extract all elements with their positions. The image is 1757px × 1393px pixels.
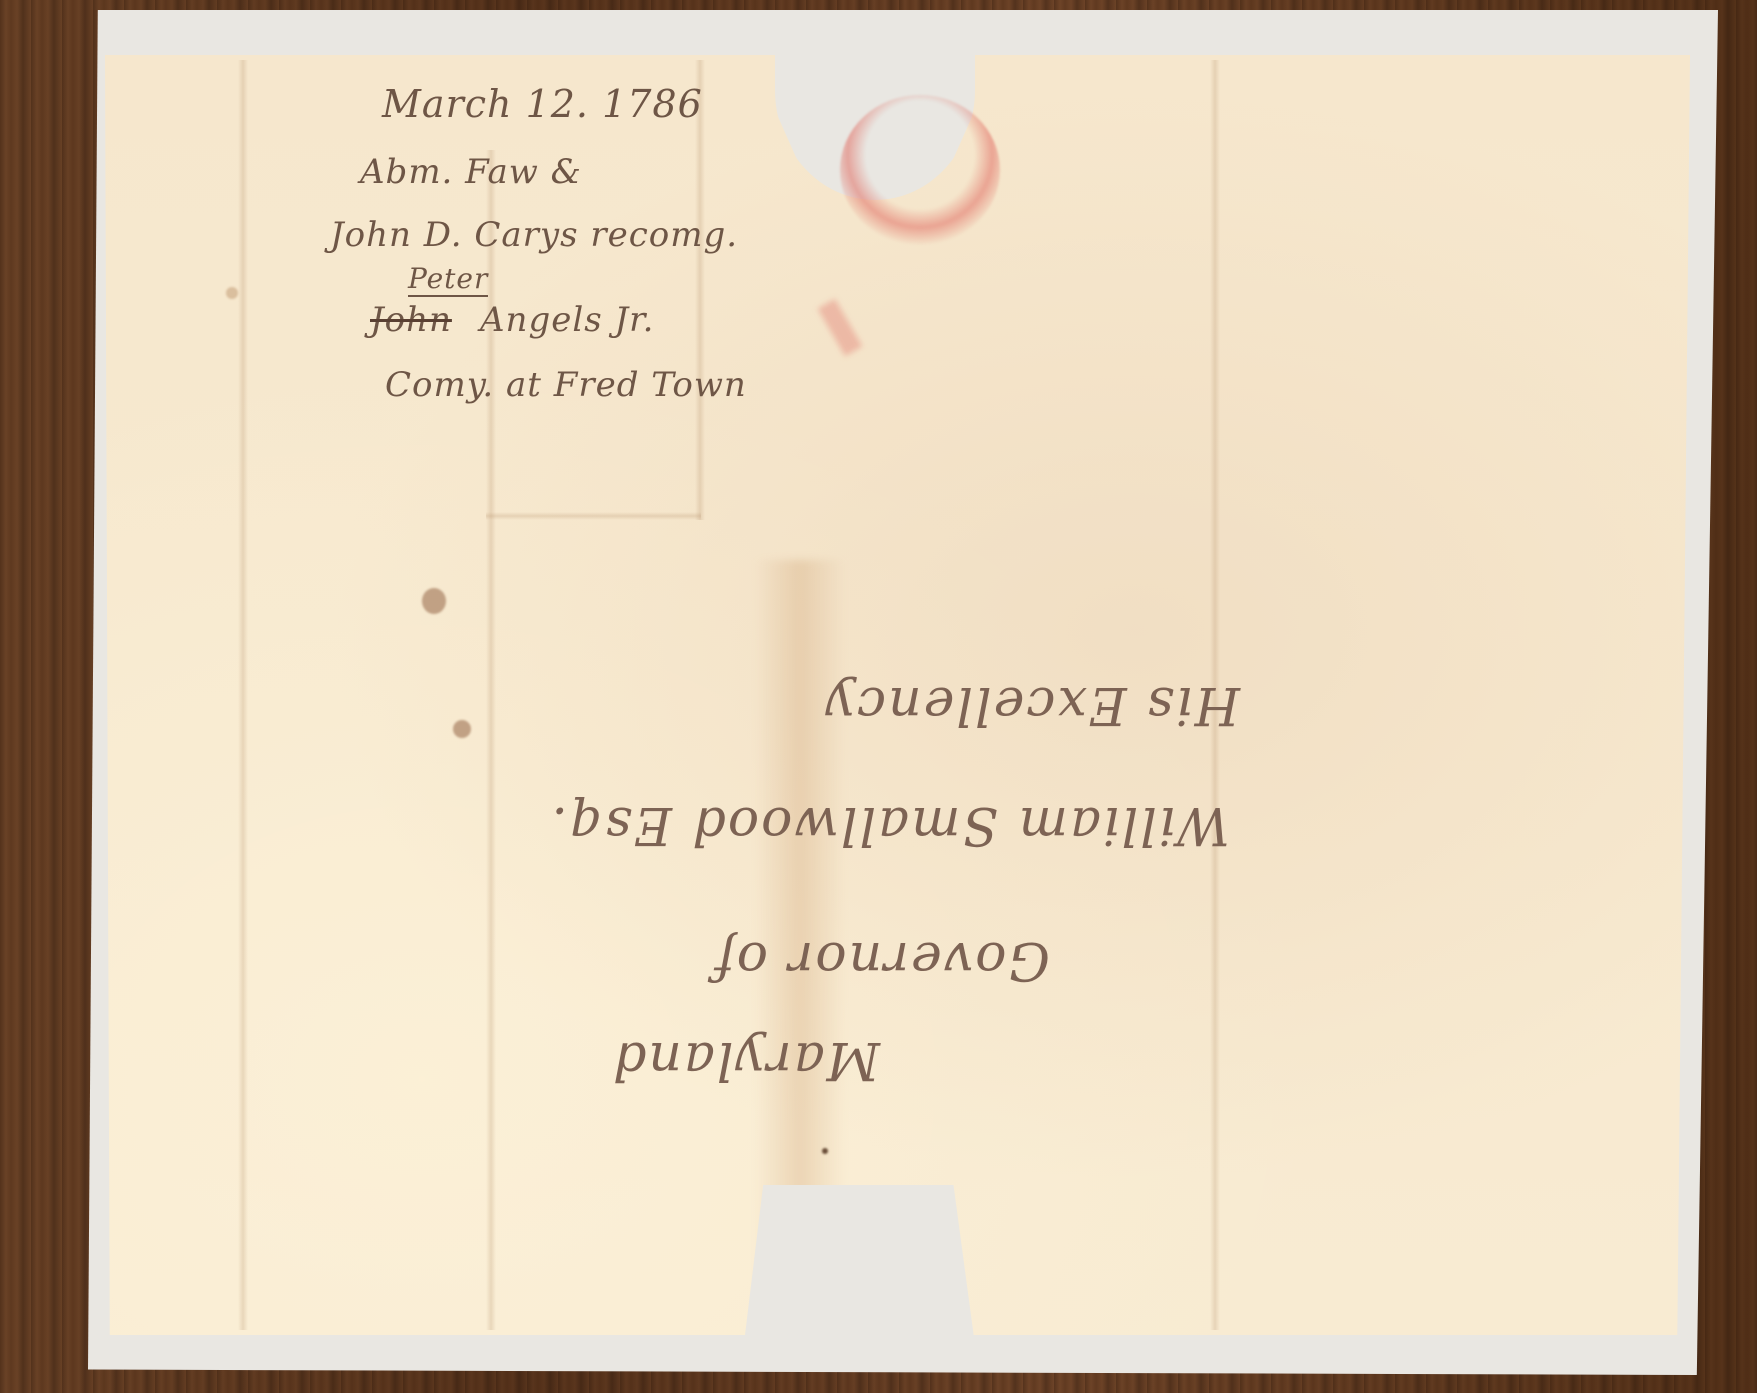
docket-date: March 12. 1786 [382, 82, 703, 126]
ink-spot [226, 287, 238, 299]
docket-line-commissary: Comy. at Fred Town [385, 365, 747, 405]
fold-line-flap [695, 60, 705, 520]
docket-line-faw: Abm. Faw & [360, 152, 582, 192]
ink-spot [822, 1148, 828, 1154]
address-name: William Smallwood Esq. [550, 795, 1231, 855]
address-governor: Governor of [713, 930, 1050, 990]
docket-line-angels: Angels Jr. [480, 300, 654, 340]
docket-struck-name: John [370, 300, 452, 340]
docket-line-cary: John D. Carys recomg. [330, 215, 738, 255]
seal-cutout-bottom [742, 1185, 977, 1360]
wax-seal-residue [840, 95, 1000, 245]
address-salutation: His Excellency [824, 675, 1240, 735]
docket-inserted-name: Peter [408, 262, 488, 297]
address-panel-inverted: Maryland Governor of William Smallwood E… [480, 640, 1260, 1100]
address-maryland: Maryland [611, 1030, 880, 1090]
ink-spot [453, 720, 471, 738]
fold-line-flap-bottom [486, 512, 701, 520]
ink-spot [422, 588, 446, 614]
fold-line-left [238, 60, 248, 1330]
